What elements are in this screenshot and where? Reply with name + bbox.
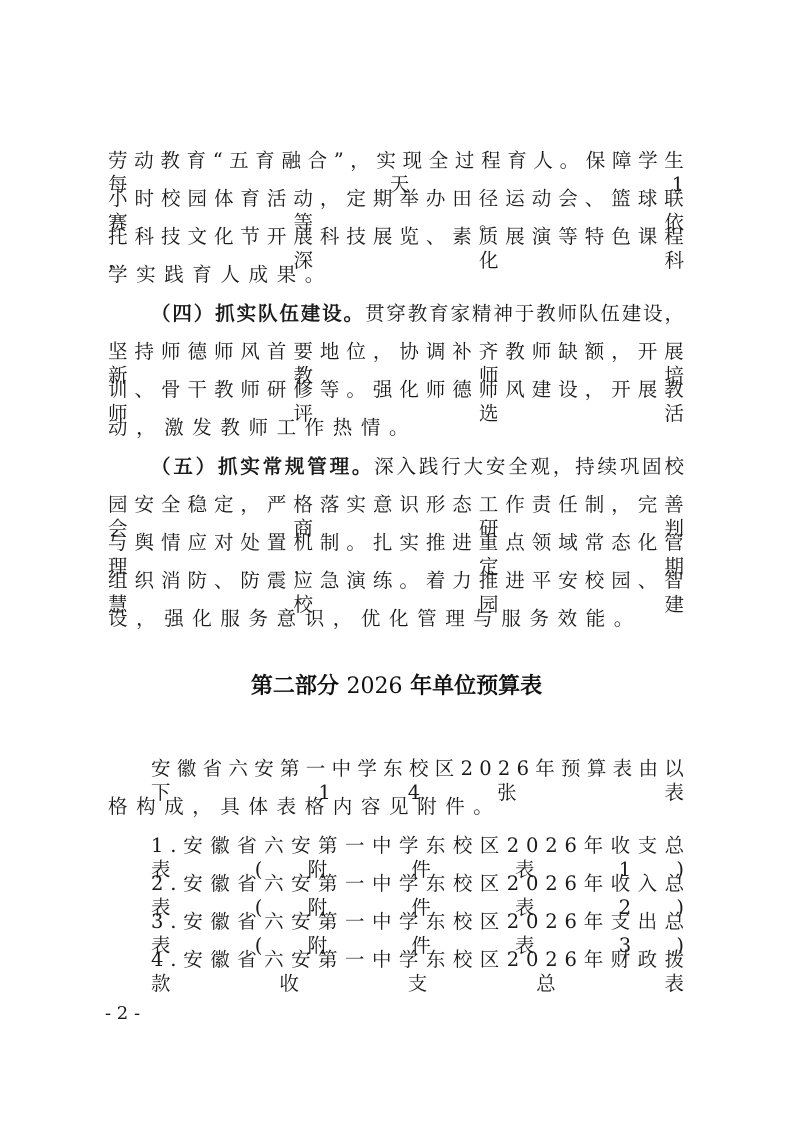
paragraph-first-line: （五）抓实常规管理。深入践行大安全观，持续巩固校	[151, 455, 684, 479]
body-text-line: 训 、 骨 干 教 师 研 修 等 。 强 化 师 德 师 风 建 设 ， 开 …	[108, 378, 684, 402]
table-list-item: 2 . 安 徽 省 六 安 第 一 中 学 东 校 区 2 0 2 6 年 收 …	[151, 872, 684, 896]
body-text-line: 与 舆 情 应 对 处 置 机 制 。 扎 实 推 进 重 点 领 域 常 态 …	[108, 531, 684, 555]
body-text-line: 劳 动 教 育 “ 五 育 融 合 ” ， 实 现 全 过 程 育 人 。 保 …	[108, 149, 684, 173]
body-text-line: 坚 持 师 德 师 风 首 要 地 位 ， 协 调 补 齐 教 师 缺 额 ， …	[108, 340, 684, 364]
body-text-line: 设，强化服务意识，优化管理与服务效能。	[108, 607, 684, 631]
intro-line: 格构成，具体表格内容见附件。	[108, 795, 684, 819]
intro-line: 安 徽 省 六 安 第 一 中 学 东 校 区 2 0 2 6 年 预 算 表 …	[151, 757, 684, 781]
body-text: 深入践行大安全观，持续巩固校	[374, 455, 684, 478]
section-label-five: （五）抓实常规管理。	[151, 455, 374, 478]
document-page: 劳 动 教 育 “ 五 育 融 合 ” ， 实 现 全 过 程 育 人 。 保 …	[0, 0, 793, 1122]
section-label-four: （四）抓实队伍建设。	[151, 302, 365, 325]
body-text-line: 动，激发教师工作热情。	[108, 416, 684, 440]
body-text-line: 园 安 全 稳 定 ， 严 格 落 实 意 识 形 态 工 作 责 任 制 ， …	[108, 493, 684, 517]
heading-prefix: 第二部分	[251, 674, 339, 699]
section-heading: 第二部分 2026 年单位预算表	[0, 673, 793, 701]
body-text: 贯穿教育家精神于教师队伍建设，	[365, 302, 684, 325]
body-text-line: 学实践育人成果。	[108, 263, 684, 287]
table-list-item: 1 . 安 徽 省 六 安 第 一 中 学 东 校 区 2 0 2 6 年 收 …	[151, 834, 684, 858]
heading-year: 2026	[347, 674, 403, 699]
page-number: - 2 -	[105, 1003, 140, 1025]
body-text-line: 组 织 消 防 、 防 震 应 急 演 练 。 着 力 推 进 平 安 校 园 …	[108, 569, 684, 593]
body-text-line: 小 时 校 园 体 育 活 动 ， 定 期 举 办 田 径 运 动 会 、 篮 …	[108, 187, 684, 211]
body-text-line: 托 科 技 文 化 节 开 展 科 技 展 览 、 素 质 展 演 等 特 色 …	[108, 225, 684, 249]
table-list-item: 4 . 安 徽 省 六 安 第 一 中 学 东 校 区 2 0 2 6 年 财 …	[151, 948, 684, 972]
paragraph-first-line: （四）抓实队伍建设。贯穿教育家精神于教师队伍建设，	[151, 302, 684, 326]
heading-suffix: 年单位预算表	[410, 674, 542, 699]
table-list-item: 3 . 安 徽 省 六 安 第 一 中 学 东 校 区 2 0 2 6 年 支 …	[151, 910, 684, 934]
